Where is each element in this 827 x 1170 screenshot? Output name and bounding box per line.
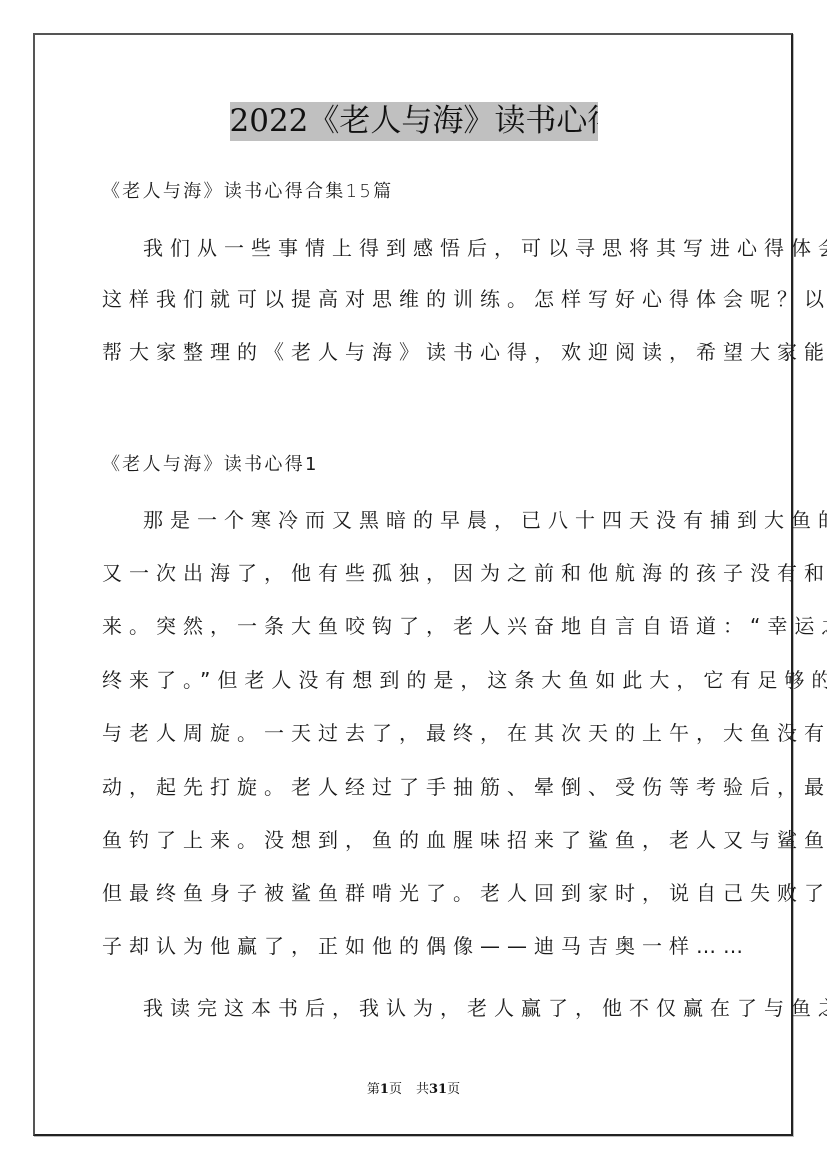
section-line: 终来了。”但老人没有想到的是，这条大鱼如此大，它有足够的力气 [102, 666, 827, 694]
intro-line: 帮大家整理的《老人与海》读书心得，欢迎阅读，希望大家能够喜爱。 [102, 338, 827, 366]
page-footer: 第1页共31页 [0, 1082, 827, 1098]
section-line: 但最终鱼身子被鲨鱼群啃光了。老人回到家时，说自己失败了，但孩 [102, 879, 827, 907]
section-heading: 《老人与海》读书心得1 [102, 453, 319, 477]
intro-line: 我们从一些事情上得到感悟后，可以寻思将其写进心得体会中， [143, 234, 827, 262]
section-line: 子却认为他赢了，正如他的偶像——迪马吉奥一样…… [102, 932, 750, 960]
footer-current-page: 1 [380, 1082, 389, 1097]
footer-total-suffix: 页 [447, 1082, 460, 1097]
footer-page-prefix: 第 [367, 1082, 380, 1097]
footer-page-suffix: 页 [389, 1082, 402, 1097]
section-line: 又一次出海了，他有些孤独，因为之前和他航海的孩子没有和他一起 [102, 559, 827, 587]
document-title: 2022《老人与海》读书心得 [230, 102, 598, 141]
paragraph-line: 我读完这本书后，我认为，老人赢了，他不仅赢在了与鱼之间不 [143, 994, 827, 1022]
intro-line: 这样我们就可以提高对思维的训练。怎样写好心得体会呢？以下是我 [102, 285, 827, 313]
section-line: 鱼钓了上来。没想到，鱼的血腥味招来了鲨鱼，老人又与鲨鱼搏斗， [102, 826, 827, 854]
document-subtitle: 《老人与海》读书心得合集15篇 [102, 180, 393, 204]
section-line: 那是一个寒冷而又黑暗的早晨，已八十四天没有捕到大鱼的老人 [143, 506, 827, 534]
title-container: 2022《老人与海》读书心得 [0, 102, 827, 145]
section-line: 来。突然，一条大鱼咬钩了，老人兴奋地自言自语道：“幸运之神最 [102, 612, 827, 640]
section-line: 与老人周旋。一天过去了，最终，在其次天的上午，大鱼没有力气游 [102, 719, 827, 747]
footer-total-prefix: 共 [416, 1082, 429, 1097]
section-line: 动，起先打旋。老人经过了手抽筋、晕倒、受伤等考验后，最终将大 [102, 773, 827, 801]
footer-total-pages: 31 [429, 1082, 447, 1097]
